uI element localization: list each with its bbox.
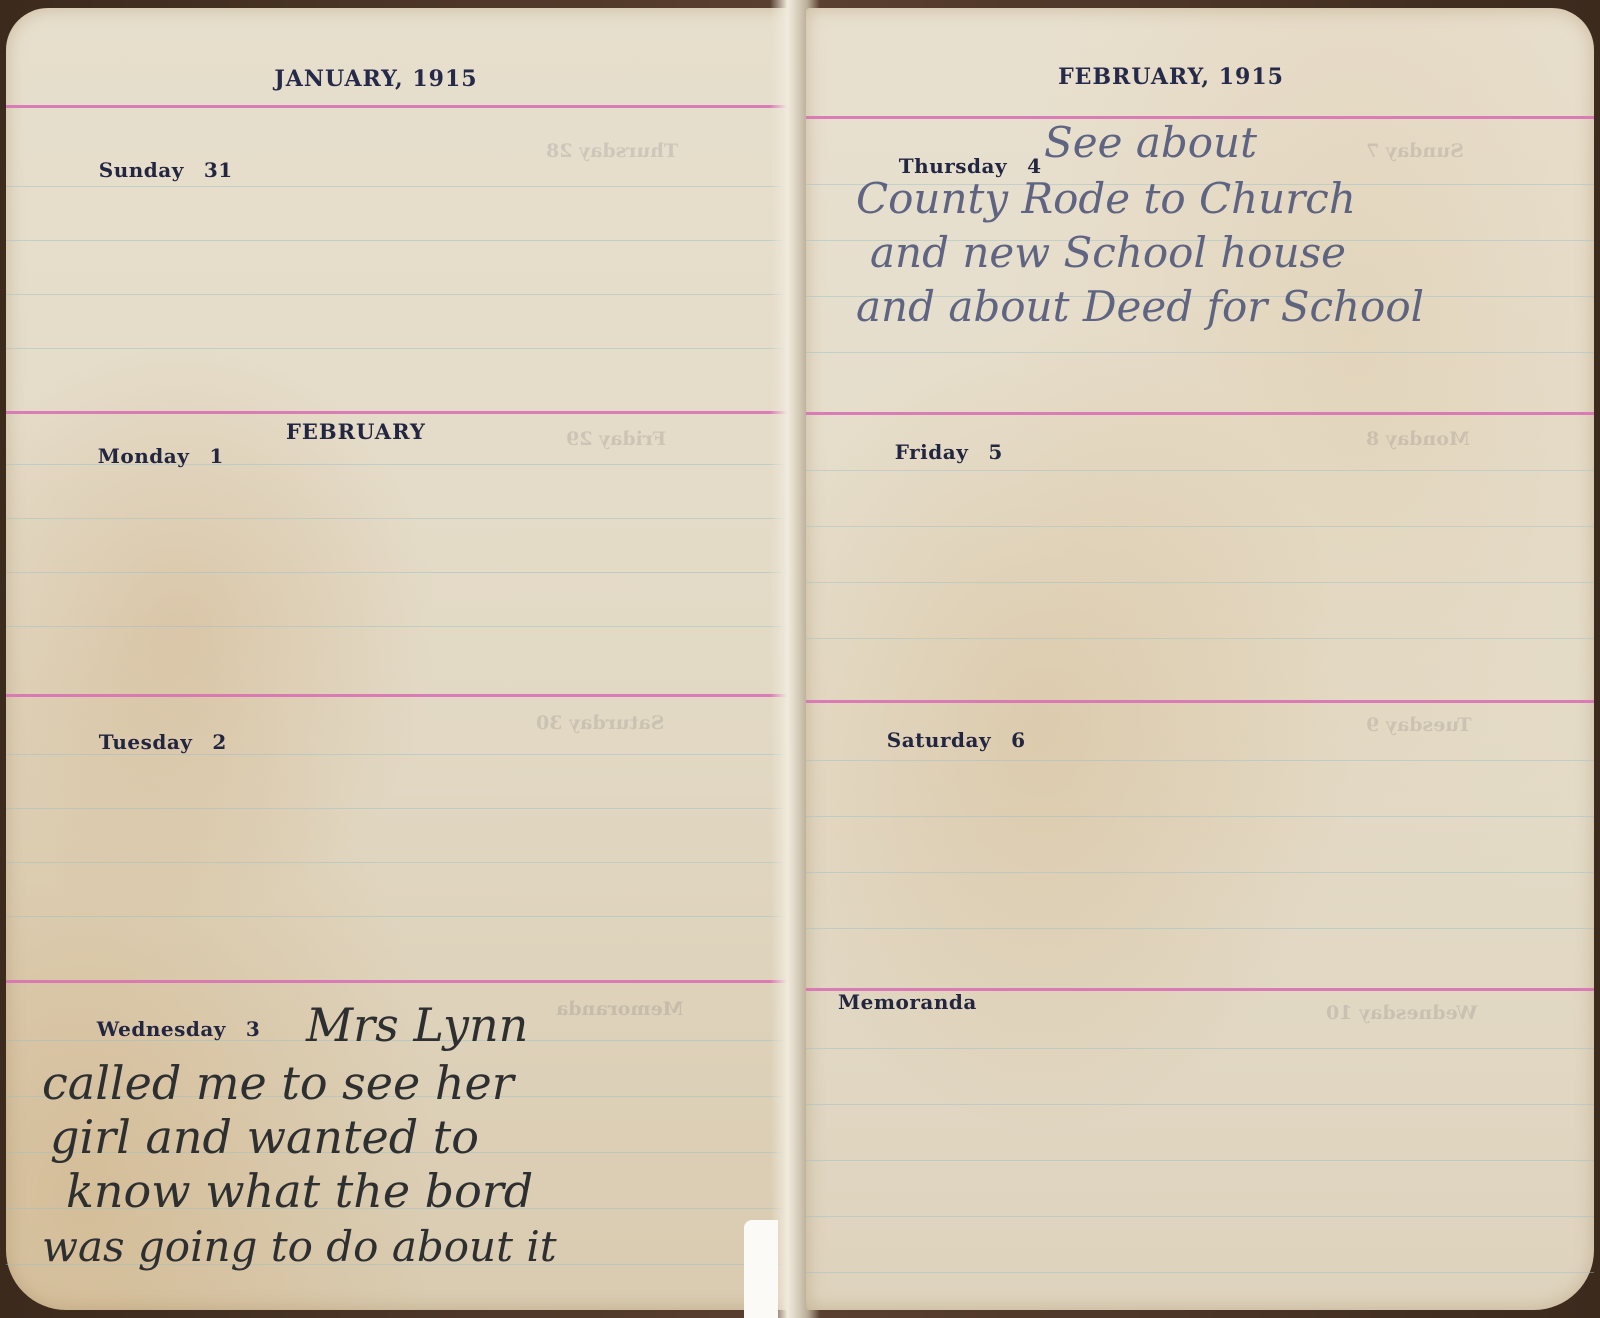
handwritten-note-line: and about Deed for School <box>856 280 1424 334</box>
ruled-line <box>806 816 1594 817</box>
day-name: Friday <box>895 440 969 464</box>
ruled-line <box>806 872 1594 873</box>
day-name: Saturday <box>887 728 991 752</box>
ruled-line <box>806 526 1594 527</box>
bleed-through-label: Thursday 28 <box>546 140 678 162</box>
section-divider <box>6 411 790 414</box>
day-entry-friday: Friday5 <box>850 416 1003 488</box>
diary-spread: Thursday 28 Friday 29 Saturday 30 Memora… <box>0 0 1600 1318</box>
ruled-line <box>806 1104 1594 1105</box>
ruled-line <box>806 1048 1594 1049</box>
ruled-line <box>806 1160 1594 1161</box>
section-divider <box>6 980 790 983</box>
day-entry-sunday: Sunday31 <box>54 134 233 206</box>
month-change-label: FEBRUARY <box>286 419 426 444</box>
ruled-line <box>6 348 790 349</box>
ruled-line <box>806 1216 1594 1217</box>
day-name: Monday <box>98 444 190 468</box>
page-edge-highlight <box>744 1220 778 1318</box>
section-divider <box>6 105 790 108</box>
bleed-through-label: Tuesday 9 <box>1366 714 1471 736</box>
day-entry-saturday: Saturday6 <box>842 704 1026 776</box>
ruled-line <box>6 518 790 519</box>
ruled-line <box>806 928 1594 929</box>
page-header-month: FEBRUARY, 1915 <box>1031 64 1311 90</box>
ruled-line <box>806 1272 1594 1273</box>
day-date: 5 <box>988 440 1002 464</box>
day-date: 3 <box>246 1017 260 1041</box>
ruled-line <box>6 626 790 627</box>
memoranda-heading: Memoranda <box>838 990 977 1014</box>
right-page: Sunday 7 Monday 8 Tuesday 9 Wednesday 10… <box>806 8 1594 1310</box>
handwritten-note-line: was going to do about it <box>42 1212 557 1282</box>
bleed-through-label: Saturday 30 <box>536 712 664 734</box>
bleed-through-label: Sunday 7 <box>1366 140 1464 162</box>
ruled-line <box>806 582 1594 583</box>
handwritten-note-line: and new School house <box>870 226 1346 280</box>
day-entry-tuesday: Tuesday2 <box>54 706 227 778</box>
day-date: 6 <box>1011 728 1025 752</box>
ruled-line <box>6 808 790 809</box>
ruled-line <box>6 294 790 295</box>
page-header-month: JANUARY, 1915 <box>246 66 506 92</box>
bleed-through-label: Wednesday 10 <box>1326 1002 1477 1024</box>
section-divider <box>806 700 1594 703</box>
section-divider <box>6 694 790 697</box>
ruled-line <box>6 916 790 917</box>
ruled-line <box>6 240 790 241</box>
handwritten-note-line: See about <box>1044 116 1257 170</box>
bleed-through-label: Friday 29 <box>566 428 666 450</box>
section-divider <box>806 412 1594 415</box>
bleed-through-label: Monday 8 <box>1366 428 1470 450</box>
day-entry-monday: Monday1 <box>53 420 224 492</box>
handwritten-note-line: County Rode to Church <box>856 172 1356 226</box>
day-date: 2 <box>212 730 226 754</box>
ruled-line <box>6 862 790 863</box>
ruled-line <box>806 352 1594 353</box>
day-name: Wednesday <box>97 1017 226 1041</box>
ruled-line <box>806 638 1594 639</box>
day-date: 1 <box>209 444 223 468</box>
day-date: 31 <box>204 158 233 182</box>
day-name: Sunday <box>99 158 184 182</box>
left-page: Thursday 28 Friday 29 Saturday 30 Memora… <box>6 8 790 1310</box>
ruled-line <box>6 572 790 573</box>
day-name: Tuesday <box>99 730 193 754</box>
bleed-through-label: Memoranda <box>556 998 684 1020</box>
